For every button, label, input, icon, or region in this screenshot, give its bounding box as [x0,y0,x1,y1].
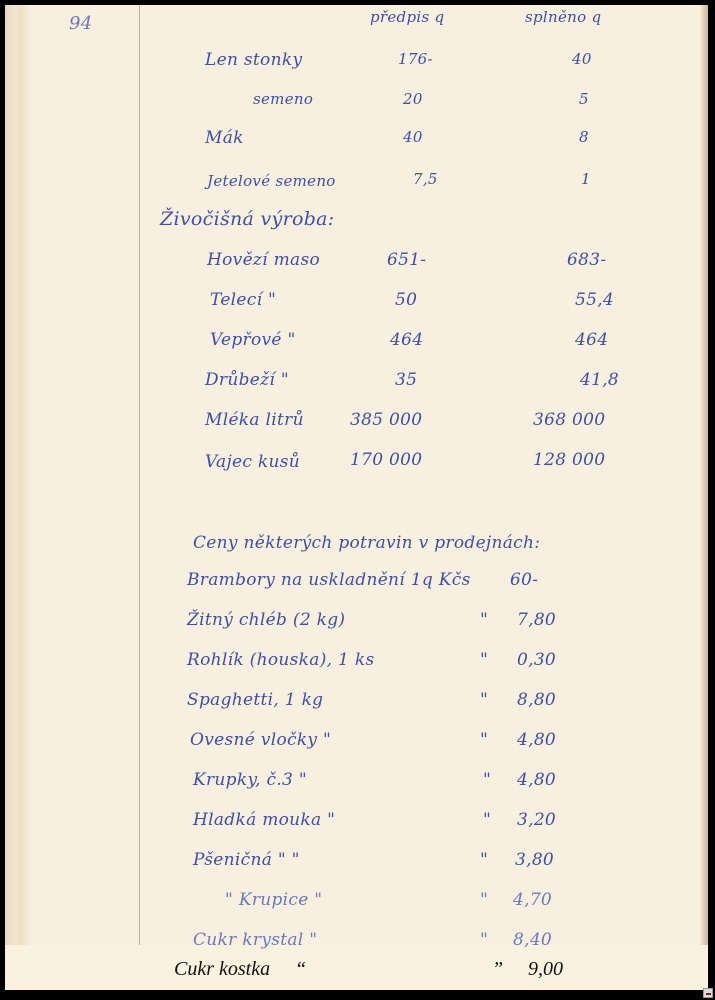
animal-fulfilled: 128 000 [533,450,605,470]
animal-plan: 385 000 [350,410,422,430]
crop-fulfilled: 5 [579,90,589,108]
price-item-price: 4,80 [517,730,556,750]
document-page: 94 předpis q splněno q Len stonky 176- 4… [5,5,708,990]
price-item-name: Krupky, č.3 " [193,770,307,790]
price-item-price: 3,80 [515,850,554,870]
animal-plan: 464 [390,330,423,350]
price-item-name: Spaghetti, 1 kg [187,690,323,710]
section-heading-animal: Živočišná výroba: [160,208,335,230]
price-item-name: Pšeničná " " [193,850,300,870]
page-edge [700,5,708,945]
crop-plan: 40 [403,128,423,146]
animal-plan: 170 000 [350,450,422,470]
animal-fulfilled: 41,8 [580,370,619,390]
typed-item-name: Cukr kostka [174,958,270,981]
crop-plan: 20 [403,90,423,108]
price-item-price: 8,80 [517,690,556,710]
typed-item-open-quote: “ [295,958,306,981]
price-item-ditto: " [480,730,488,750]
margin-line [139,5,140,945]
price-item-price: 0,30 [517,650,556,670]
animal-name: Hovězí maso [207,250,320,270]
typed-item-close-quote: ” [492,958,503,981]
animal-name: Vajec kusů [205,452,300,472]
crop-plan: 176- [398,50,433,68]
animal-fulfilled: 464 [575,330,608,350]
price-item-ditto: " [480,610,488,630]
price-item-price: 8,40 [513,930,552,950]
crop-name: semeno [253,90,313,108]
price-item-name: Ovesné vločky " [190,730,331,750]
animal-name: Telecí " [210,290,276,310]
price-item-ditto: " [480,690,488,710]
animal-fulfilled: 368 000 [533,410,605,430]
section-heading-prices: Ceny některých potravin v prodejnách: [193,533,540,553]
animal-plan: 651- [387,250,426,270]
crop-name: Len stonky [205,50,302,70]
crop-fulfilled: 1 [581,170,591,188]
price-item-ditto: " [483,770,491,790]
price-item-price: 7,80 [517,610,556,630]
column-header-fulfilled: splněno q [525,8,601,26]
price-item-name: Rohlík (houska), 1 ks [187,650,374,670]
price-item-name: Cukr krystal " [193,930,317,950]
crop-fulfilled: 40 [572,50,592,68]
animal-fulfilled: 683- [567,250,606,270]
page-binding [5,5,29,990]
price-item-name: Hladká mouka " [193,810,335,830]
price-item-price: 3,20 [517,810,556,830]
animal-name: Drůbeží " [205,370,289,390]
crop-fulfilled: 8 [579,128,589,146]
price-item-price: 60- [510,570,538,590]
price-item-name: Brambory na uskladnění 1q Kčs [187,570,471,590]
crop-plan: 7,5 [413,170,438,188]
price-item-ditto: " [483,810,491,830]
animal-name: Mléka litrů [205,410,304,430]
price-item-name: Žitný chléb (2 kg) [187,610,345,630]
animal-plan: 50 [395,290,417,310]
column-header-plan: předpis q [370,8,444,26]
animal-name: Vepřové " [210,330,296,350]
crop-name: Jetelové semeno [207,172,336,190]
price-item-name: " Krupice " [225,890,322,910]
typed-strip [5,945,708,990]
minimize-icon[interactable] [703,988,713,998]
price-item-ditto: " [480,850,488,870]
price-item-ditto: " [480,890,488,910]
price-item-price: 4,70 [513,890,552,910]
animal-plan: 35 [395,370,417,390]
price-item-ditto: " [480,650,488,670]
animal-fulfilled: 55,4 [575,290,614,310]
typed-item-price: 9,00 [528,958,563,981]
page-number: 94 [69,13,93,34]
price-item-price: 4,80 [517,770,556,790]
price-item-ditto: " [480,930,488,950]
crop-name: Mák [205,128,244,148]
